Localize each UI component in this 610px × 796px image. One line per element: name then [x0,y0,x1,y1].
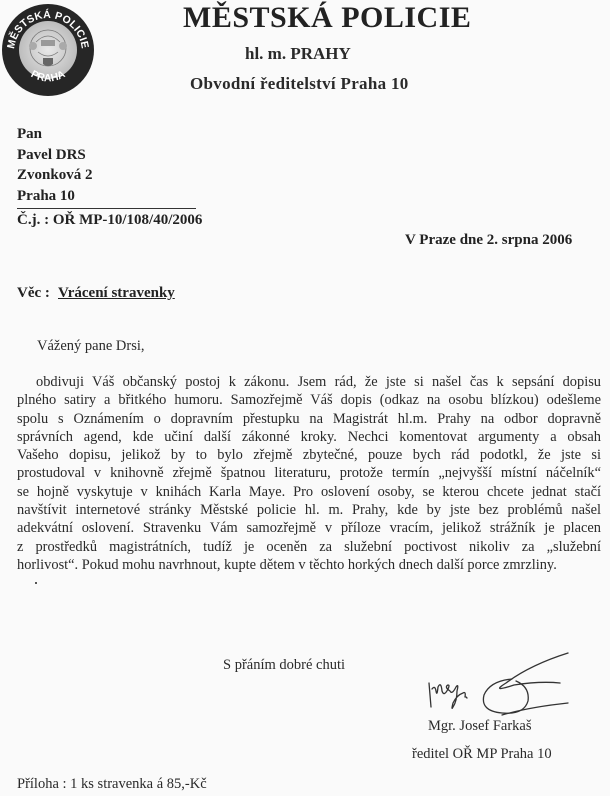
body-line: obdivuji Váš občanský postoj k zákonu. J… [17,373,601,391]
letterhead-office: Obvodní ředitelství Praha 10 [190,74,409,94]
recipient-line: Zvonková 2 [17,165,92,186]
body-line: horlivost“. Pokud mohu navrhnout, kupte … [17,556,601,574]
recipient-address: Pan Pavel DRS Zvonková 2 Praha 10 [17,124,92,206]
letter-date: V Praze dne 2. srpna 2006 [405,232,572,249]
letterhead-title: MĚSTSKÁ POLICIE [183,1,471,35]
body-line: se hojně vyskytuje v knihách Karla Maye.… [17,483,601,501]
signer-name: Mgr. Josef Farkaš [428,718,532,735]
stray-mark [35,582,37,584]
city-police-badge-icon: MĚSTSKÁ POLICIE PRAHA [0,2,96,98]
subject-text: Vrácení stravenky [58,285,175,302]
reference-divider [17,208,196,209]
letter-body: obdivuji Váš občanský postoj k zákonu. J… [17,373,601,574]
recipient-line: Praha 10 [17,186,92,207]
body-line: adekvátní oslovení. Stravenku Vám samozř… [17,519,601,537]
body-line: plného satiry a břitkého humoru. Samozře… [17,391,601,409]
recipient-line: Pavel DRS [17,145,92,166]
body-line: Vašeho dopisu, jelikož by to bylo zřejmě… [17,446,601,464]
body-line: správních agend, kde učiní další zákonné… [17,428,601,446]
subject-label: Věc : [17,285,50,302]
signer-role: ředitel OŘ MP Praha 10 [412,746,552,763]
body-line: navštívit internetové stránky Městské po… [17,501,601,519]
body-line: z prostředků magistrátních, tudíž je oce… [17,538,601,556]
closing-phrase: S přáním dobré chuti [223,657,345,674]
handwritten-signature-icon [420,645,580,725]
letterhead-subtitle: hl. m. PRAHY [245,44,351,64]
attachment-note: Příloha : 1 ks stravenka á 85,-Kč [17,776,207,793]
reference-number: Č.j. : OŘ MP-10/108/40/2006 [17,212,202,229]
recipient-line: Pan [17,124,92,145]
salutation: Vážený pane Drsi, [37,338,145,355]
body-line: spolu s Oznámením o dopravním přestupku … [17,410,601,428]
body-line: prostudoval v knihovně zřejmě špatnou li… [17,464,601,482]
